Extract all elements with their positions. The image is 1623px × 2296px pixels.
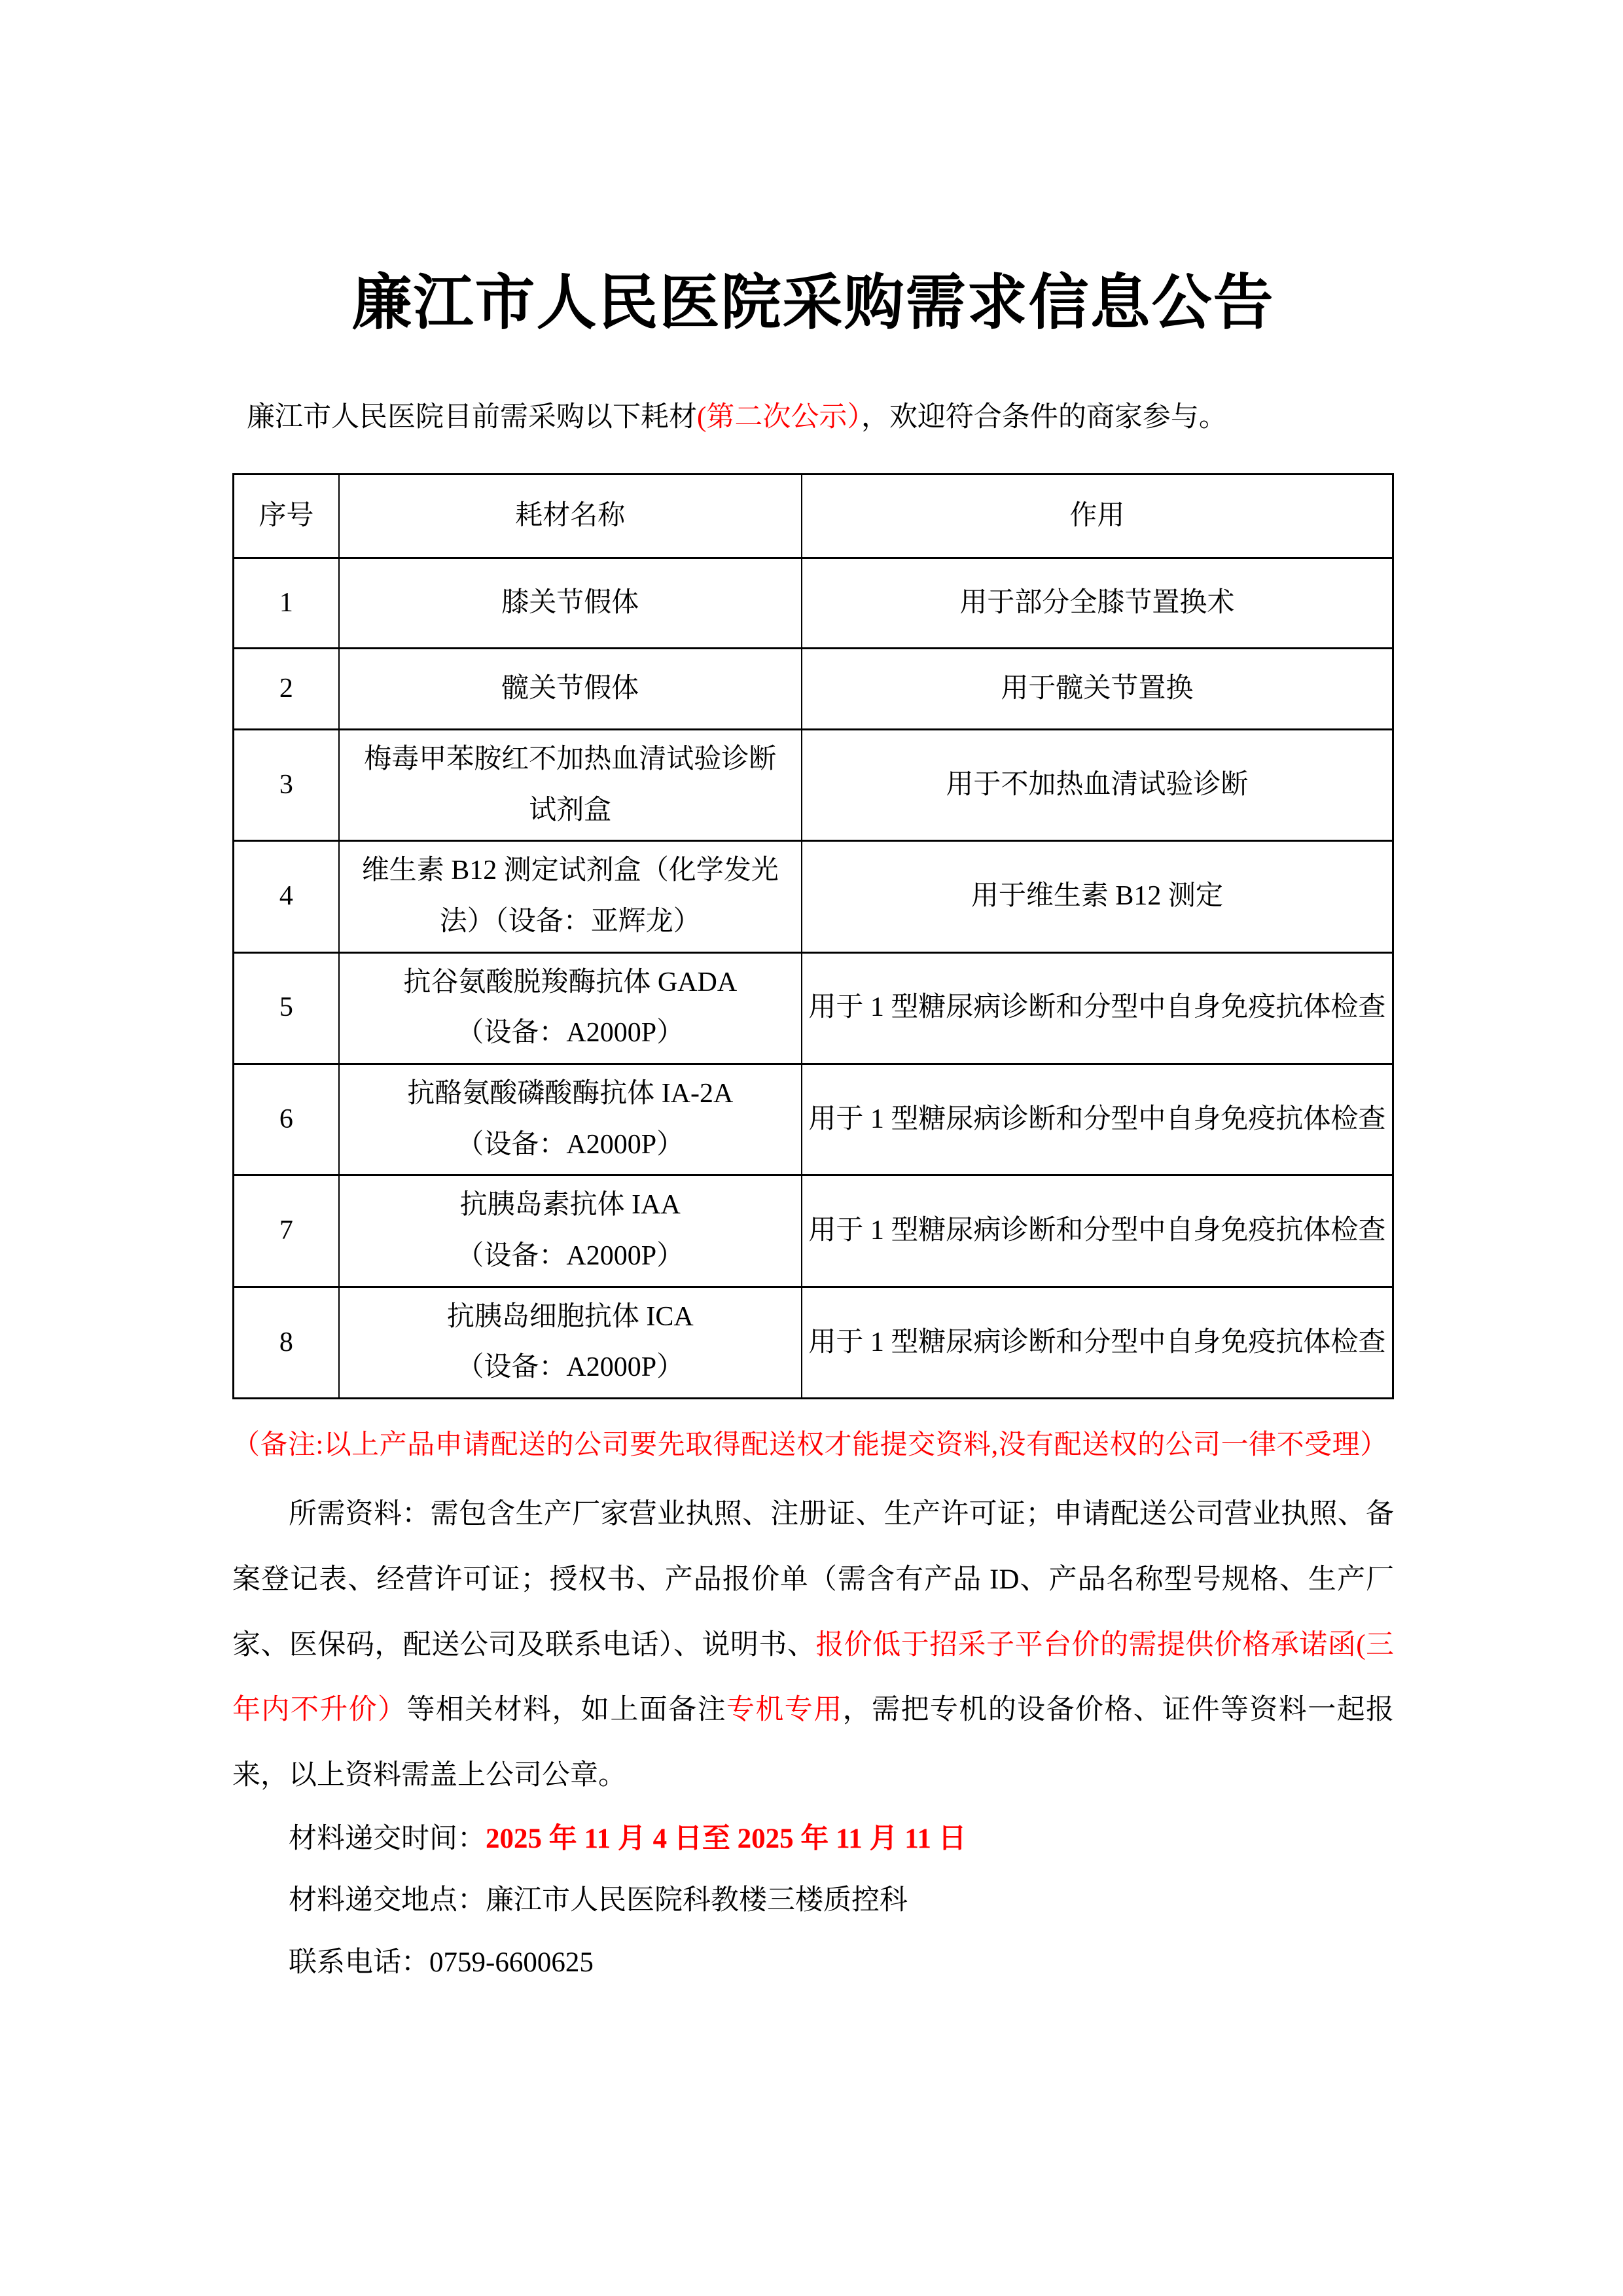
table-row: 3 梅毒甲苯胺红不加热血清试验诊断 试剂盒 用于不加热血清试验诊断 [234, 729, 1393, 840]
cell-no: 3 [234, 729, 339, 840]
cell-no: 7 [234, 1175, 339, 1287]
contact-phone-line: 联系电话：0759-6600625 [232, 1932, 1394, 1994]
contact-phone-value: 0759-6600625 [429, 1947, 594, 1978]
document-page: 廉江市人民医院采购需求信息公告 廉江市人民医院目前需采购以下耗材(第二次公示），… [0, 0, 1623, 2296]
cell-name: 维生素 B12 测定试剂盒（化学发光 法）（设备：亚辉龙） [339, 841, 802, 952]
submission-time-label: 材料递交时间： [289, 1823, 486, 1854]
cell-purpose: 用于 1 型糖尿病诊断和分型中自身免疫抗体检查 [802, 952, 1393, 1064]
page-title: 廉江市人民医院采购需求信息公告 [232, 267, 1394, 339]
cell-name: 抗胰岛细胞抗体 ICA （设备：A2000P） [339, 1287, 802, 1398]
req-text-red-dedicated-machine: 专机专用 [726, 1695, 843, 1725]
cell-purpose: 用于髋关节置换 [802, 648, 1393, 729]
table-header-row: 序号 耗材名称 作用 [234, 474, 1393, 558]
cell-no: 6 [234, 1064, 339, 1175]
table-row: 6 抗酪氨酸磷酸酶抗体 IA-2A （设备：A2000P） 用于 1 型糖尿病诊… [234, 1064, 1393, 1175]
cell-no: 8 [234, 1287, 339, 1398]
submission-time-value: 2025 年 11 月 4 日至 2025 年 11 月 11 日 [486, 1823, 967, 1854]
cell-name: 梅毒甲苯胺红不加热血清试验诊断 试剂盒 [339, 729, 802, 840]
cell-no: 5 [234, 952, 339, 1064]
submission-time-line: 材料递交时间：2025 年 11 月 4 日至 2025 年 11 月 11 日 [232, 1808, 1394, 1871]
cell-no: 4 [234, 841, 339, 952]
cell-name: 抗酪氨酸磷酸酶抗体 IA-2A （设备：A2000P） [339, 1064, 802, 1175]
cell-name: 抗谷氨酸脱羧酶抗体 GADA （设备：A2000P） [339, 952, 802, 1064]
table-row: 8 抗胰岛细胞抗体 ICA （设备：A2000P） 用于 1 型糖尿病诊断和分型… [234, 1287, 1393, 1398]
table-row: 7 抗胰岛素抗体 IAA （设备：A2000P） 用于 1 型糖尿病诊断和分型中… [234, 1175, 1393, 1287]
intro-text-red-announcement: (第二次公示） [697, 402, 861, 433]
cell-no: 1 [234, 558, 339, 648]
required-materials-paragraph: 所需资料：需包含生产厂家营业执照、注册证、生产许可证；申请配送公司营业执照、备案… [232, 1482, 1394, 1808]
intro-text-black-2: ，欢迎符合条件的商家参与。 [861, 402, 1227, 433]
table-row: 4 维生素 B12 测定试剂盒（化学发光 法）（设备：亚辉龙） 用于维生素 B1… [234, 841, 1393, 952]
cell-purpose: 用于 1 型糖尿病诊断和分型中自身免疫抗体检查 [802, 1064, 1393, 1175]
cell-purpose: 用于维生素 B12 测定 [802, 841, 1393, 952]
cell-purpose: 用于不加热血清试验诊断 [802, 729, 1393, 840]
table-row: 5 抗谷氨酸脱羧酶抗体 GADA （设备：A2000P） 用于 1 型糖尿病诊断… [234, 952, 1393, 1064]
intro-paragraph: 廉江市人民医院目前需采购以下耗材(第二次公示），欢迎符合条件的商家参与。 [232, 397, 1394, 439]
req-text-black-2: 等相关材料，如上面备注 [406, 1695, 726, 1725]
cell-no: 2 [234, 648, 339, 729]
table-row: 2 髋关节假体 用于髋关节置换 [234, 648, 1393, 729]
cell-purpose: 用于 1 型糖尿病诊断和分型中自身免疫抗体检查 [802, 1287, 1393, 1398]
col-header-purpose: 作用 [802, 474, 1393, 558]
cell-name: 抗胰岛素抗体 IAA （设备：A2000P） [339, 1175, 802, 1287]
cell-purpose: 用于 1 型糖尿病诊断和分型中自身免疫抗体检查 [802, 1175, 1393, 1287]
consumables-table: 序号 耗材名称 作用 1 膝关节假体 用于部分全膝节置换术 2 髋关节假体 用于… [232, 473, 1394, 1399]
col-header-name: 耗材名称 [339, 474, 802, 558]
cell-name: 髋关节假体 [339, 648, 802, 729]
cell-name: 膝关节假体 [339, 558, 802, 648]
submission-place-line: 材料递交地点：廉江市人民医院科教楼三楼质控科 [232, 1870, 1394, 1932]
contact-phone-label: 联系电话： [289, 1947, 429, 1978]
cell-purpose: 用于部分全膝节置换术 [802, 558, 1393, 648]
table-row: 1 膝关节假体 用于部分全膝节置换术 [234, 558, 1393, 648]
submission-place-label: 材料递交地点： [289, 1885, 486, 1916]
delivery-rights-note: （备注:以上产品申请配送的公司要先取得配送权才能提交资料,没有配送权的公司一律不… [232, 1423, 1394, 1462]
col-header-no: 序号 [234, 474, 339, 558]
submission-place-value: 廉江市人民医院科教楼三楼质控科 [486, 1885, 908, 1916]
intro-text-black-1: 廉江市人民医院目前需采购以下耗材 [247, 402, 697, 433]
